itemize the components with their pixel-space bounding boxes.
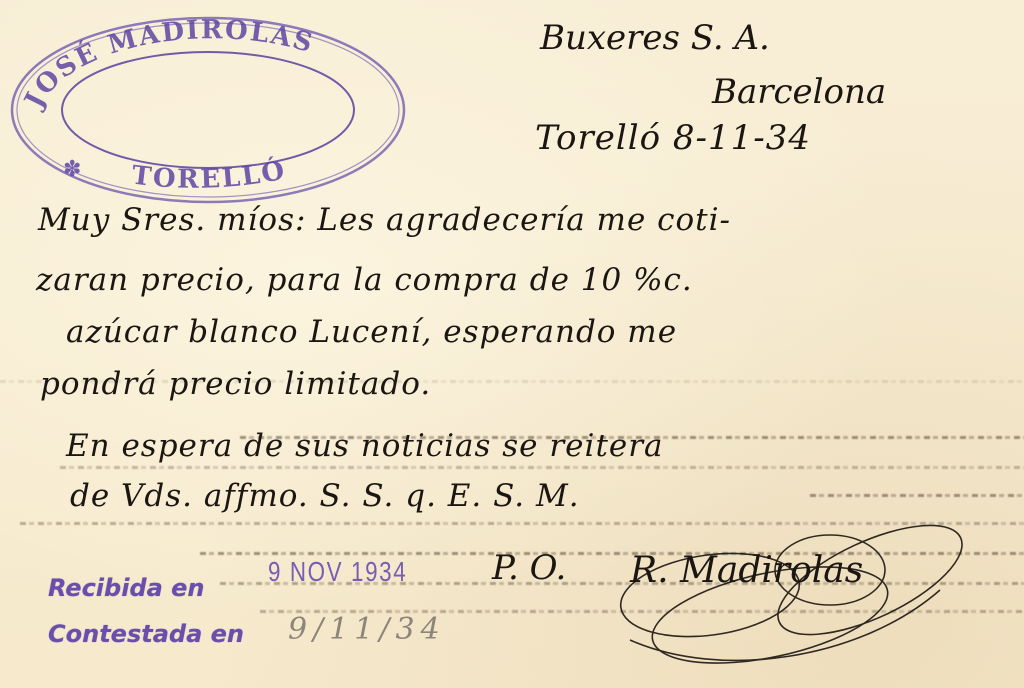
printed-line bbox=[810, 494, 1024, 497]
stamp-top-text: JOSÉ MADIROLAS bbox=[18, 15, 317, 114]
signature: R. Madirolas bbox=[630, 550, 863, 591]
asterisk-ornament-icon: ✽ bbox=[63, 157, 81, 182]
recipient-city: Barcelona bbox=[712, 72, 886, 112]
signature-flourish-icon bbox=[600, 510, 1000, 680]
answered-date-pencil: 9/11/34 bbox=[288, 612, 446, 647]
answered-stamp-label: Contestada en bbox=[48, 620, 244, 648]
body-line: azúcar blanco Lucení, esperando me bbox=[66, 314, 677, 350]
received-stamp-label: Recibida en bbox=[48, 574, 205, 602]
por-orden-abbreviation: P. O. bbox=[492, 548, 566, 588]
recipient-name: Buxeres S. A. bbox=[540, 18, 770, 58]
received-date-stamp: 9 NOV 1934 bbox=[268, 556, 407, 588]
postcard: JOSÉ MADIROLAS TORELLÓ ✽ Buxeres S. A. B… bbox=[0, 0, 1024, 688]
body-line: pondrá precio limitado. bbox=[40, 366, 431, 402]
stamp-bottom-text: TORELLÓ bbox=[130, 153, 289, 194]
printed-line bbox=[60, 466, 1024, 469]
sender-oval-stamp: JOSÉ MADIROLAS TORELLÓ ✽ bbox=[8, 10, 408, 210]
body-line: Muy Sres. míos: Les agradecería me coti- bbox=[38, 202, 731, 238]
oval-stamp-icon: JOSÉ MADIROLAS TORELLÓ ✽ bbox=[8, 10, 408, 210]
place-and-date: Torelló 8-11-34 bbox=[535, 118, 811, 158]
body-line: zaran precio, para la compra de 10 %c. bbox=[36, 262, 693, 298]
body-line: En espera de sus noticias se reitera bbox=[66, 428, 664, 464]
body-line: de Vds. affmo. S. S. q. E. S. M. bbox=[70, 478, 580, 514]
